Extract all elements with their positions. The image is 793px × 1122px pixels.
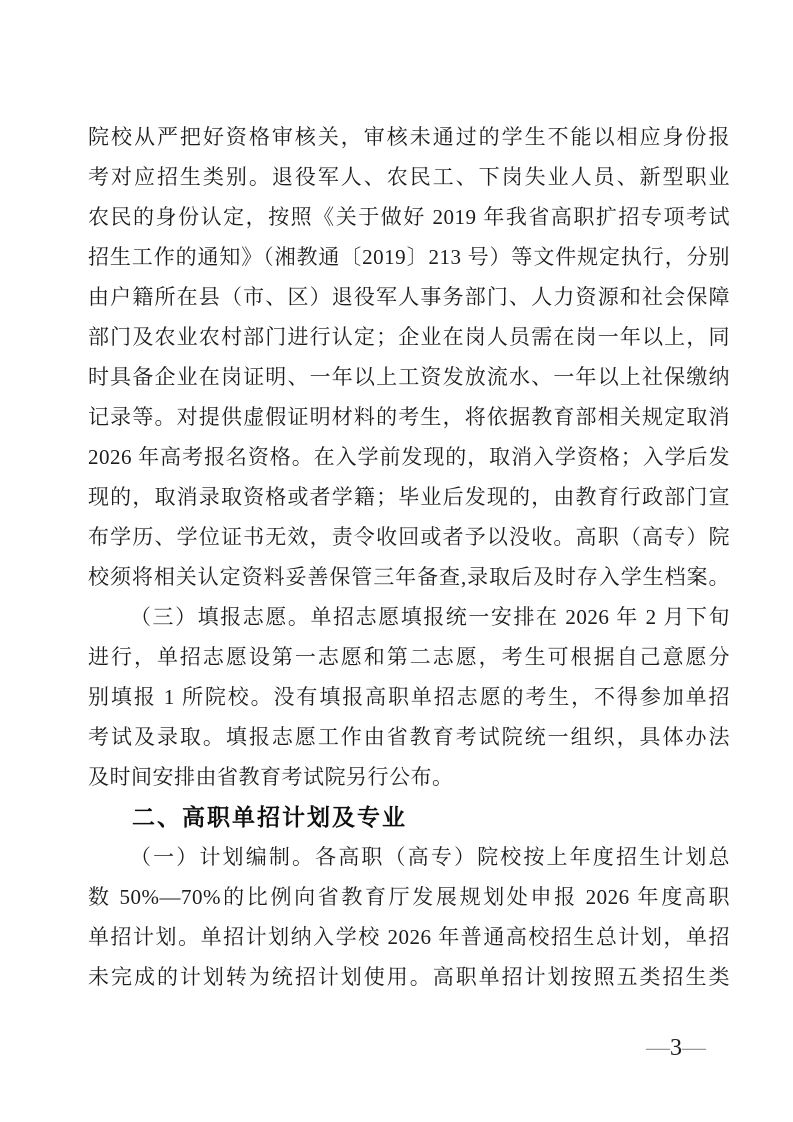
text-line: 农民的身份认定，按照《关于做好 2019 年我省高职扩招专项考试	[88, 197, 730, 237]
document-page: 院校从严把好资格审核关，审核未通过的学生不能以相应身份报考对应招生类别。退役军人…	[0, 0, 793, 1122]
text-line: 数 50%—70%的比例向省教育厅发展规划处申报 2026 年度高职	[88, 877, 730, 917]
text-line: （一）计划编制。各高职（高专）院校按上年度招生计划总	[88, 837, 730, 877]
text-line: 院校从严把好资格审核关，审核未通过的学生不能以相应身份报	[88, 117, 730, 157]
text-line: 现的，取消录取资格或者学籍；毕业后发现的，由教育行政部门宣	[88, 477, 730, 517]
text-line: 记录等。对提供虚假证明材料的考生，将依据教育部相关规定取消	[88, 397, 730, 437]
section-heading: 二、高职单招计划及专业	[88, 797, 730, 837]
page-number-value: 3	[670, 1035, 682, 1061]
text-line: 布学历、学位证书无效，责令收回或者予以没收。高职（高专）院	[88, 517, 730, 557]
document-body: 院校从严把好资格审核关，审核未通过的学生不能以相应身份报考对应招生类别。退役军人…	[88, 117, 730, 997]
text-line: 未完成的计划转为统招计划使用。高职单招计划按照五类招生类	[88, 957, 730, 997]
text-line: 部门及农业农村部门进行认定；企业在岗人员需在岗一年以上，同	[88, 317, 730, 357]
page-number: —3—	[646, 1034, 706, 1062]
text-line: 2026 年高考报名资格。在入学前发现的，取消入学资格；入学后发	[88, 437, 730, 477]
text-line: 及时间安排由省教育考试院另行公布。	[88, 757, 730, 797]
text-line: 别填报 1 所院校。没有填报高职单招志愿的考生，不得参加单招	[88, 677, 730, 717]
text-line: 校须将相关认定资料妥善保管三年备查,录取后及时存入学生档案。	[88, 557, 730, 597]
text-line: 进行，单招志愿设第一志愿和第二志愿，考生可根据自己意愿分	[88, 637, 730, 677]
text-line: 招生工作的通知》（湘教通〔2019〕213 号）等文件规定执行，分别	[88, 237, 730, 277]
page-number-dash-left: —	[646, 1035, 670, 1061]
text-line: 由户籍所在县（市、区）退役军人事务部门、人力资源和社会保障	[88, 277, 730, 317]
text-line: 单招计划。单招计划纳入学校 2026 年普通高校招生总计划，单招	[88, 917, 730, 957]
text-line: 时具备企业在岗证明、一年以上工资发放流水、一年以上社保缴纳	[88, 357, 730, 397]
text-line: （三）填报志愿。单招志愿填报统一安排在 2026 年 2 月下旬	[88, 597, 730, 637]
text-line: 考试及录取。填报志愿工作由省教育考试院统一组织，具体办法	[88, 717, 730, 757]
page-number-dash-right: —	[682, 1035, 706, 1061]
text-line: 考对应招生类别。退役军人、农民工、下岗失业人员、新型职业	[88, 157, 730, 197]
